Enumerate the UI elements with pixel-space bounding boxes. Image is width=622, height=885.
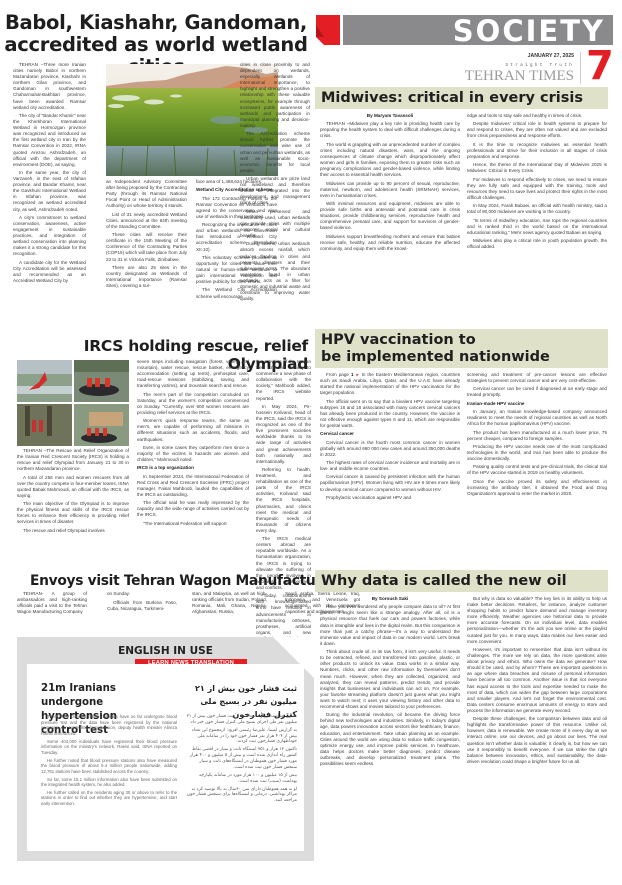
data-oil-headline: Why data is called the new oil	[321, 573, 602, 590]
paragraph: edge and tools to stay safe and healthy …	[467, 113, 607, 119]
paragraph: The main objective of the Olympiad is to…	[17, 501, 129, 525]
masthead-divider	[580, 52, 581, 84]
paragraph: Despite these challenges, the comparison…	[467, 716, 607, 765]
page-number: 7	[586, 44, 614, 88]
paragraph: Passing quality control tests and pre-cl…	[467, 464, 607, 476]
paragraph: In September 2024, the International Fed…	[137, 474, 249, 498]
paragraph: In the same year, the city of Varzaneh, …	[13, 170, 86, 213]
paragraph: He further called on the residents aging…	[41, 790, 177, 807]
envoys-col3: stan, and Malaysia, as well as high-rank…	[192, 591, 267, 618]
from-page-number[interactable]: 1	[351, 372, 354, 377]
section-masthead: SOCIETY JANUARY 27, 2025 Straight Truth …	[312, 14, 622, 84]
paragraph: Midwives also play a critical role in yo…	[467, 238, 607, 250]
paragraph: The city of "Bandar Khamir" near the Kho…	[13, 113, 86, 168]
envoys-headline: Envoys visit Tehran Wagon Manufacturing …	[30, 573, 320, 589]
english-in-use-box: ENGLISH IN USE LEARN NEWS TRANSLATION 21…	[17, 637, 314, 861]
paragraph: Think about crude oil. In its raw form, …	[320, 649, 460, 710]
wetland-col2: an Independent Advisory Committee after …	[106, 179, 187, 291]
paragraph: Cervical cancer is the fourth most commo…	[320, 440, 460, 458]
paragraph: But why is data so valuable? The key lie…	[467, 596, 607, 645]
paragraph: screening and treatment of pre-cancer le…	[467, 372, 607, 384]
paragraph: TEHRAN- A group of ambassadors and high-…	[17, 591, 87, 615]
paragraph: In May 2024, Pir-hossein Kolivand, head …	[256, 404, 311, 465]
red-corner-mark	[316, 15, 340, 45]
paragraph: When preserved and sustainably used, urb…	[240, 209, 310, 239]
english-body: TEHRAN – Over 21 million Iranians have s…	[41, 714, 177, 809]
paragraph: Hence, the theme of the International Da…	[467, 162, 607, 174]
paragraph: Cervical cancer can be cured if diagnose…	[467, 386, 607, 398]
paragraph: بیش از ۱۵ میلیون و ۱۰۰ هزار مورد در ساما…	[185, 773, 297, 785]
paragraph: It is the time to recognize midwives as …	[467, 142, 607, 160]
envoys-col2: on Sunday. Officials from Burkina Faso, …	[107, 591, 177, 614]
paragraph: the activities of the Iranian Red Cresce…	[256, 359, 311, 402]
data-oil-col1: By Soroush Saki Have you ever wondered w…	[320, 596, 460, 769]
paragraph: So far, some 15.1 million information al…	[41, 777, 177, 788]
paragraph: A candidate city for the Wetland City Ac…	[13, 260, 86, 284]
paragraph: TEHRAN –The Rescue and Relief Organizati…	[17, 448, 129, 472]
paragraph: به گزارش ایسنا، علیرضا رئیسی افزود: ازمج…	[185, 728, 297, 745]
paragraph: During storms, urban wetlands absorb exc…	[240, 241, 310, 302]
paragraph: From page 1 ► In the Eastern Mediterrane…	[320, 372, 460, 396]
midwives-headline-box: Midwives: critical in every crisis	[315, 87, 608, 109]
hpv-headline-line1: HPV vaccination to	[321, 332, 602, 349]
wetland-col4-body: cities in close proximity to and depende…	[240, 62, 310, 305]
paragraph: Referring to health, treatment, and reha…	[256, 467, 311, 534]
data-oil-headline-box: Why data is called the new oil	[315, 570, 608, 592]
paragraph: Once the vaccine proved its safety and e…	[467, 479, 607, 497]
translation-card: 21m Iranians undergone hypertension cont…	[27, 664, 304, 851]
paragraph: A total of 256 men and women rescuers fr…	[17, 475, 129, 499]
paragraph: TEHRAN –Three more Iranian cities namely…	[13, 62, 86, 111]
paragraph: Cervical cancer is caused by persistent …	[320, 474, 460, 492]
paragraph: He further noted that blood pressure sta…	[41, 758, 177, 775]
paragraph: The men's part of the competition conclu…	[137, 392, 249, 416]
hpv-headline-line2: be implemented nationwide	[321, 349, 602, 366]
paragraph: The Accreditation scheme should further …	[240, 131, 310, 174]
paragraph: The rescue and relief Olympiad involves	[17, 528, 129, 534]
paragraph: TEHRAN –Midwives play a key role in prov…	[320, 121, 460, 139]
paragraph: Have you ever wondered why people compar…	[320, 604, 460, 647]
midwives-col1: By Maryam Tavassoli TEHRAN –Midwives pla…	[320, 113, 460, 254]
hpv-col2: screening and treatment of pre-cancer le…	[467, 372, 607, 499]
paragraph: "In terms of midwifery education, Iran t…	[467, 218, 607, 236]
paragraph: Women's quick response teams, the same a…	[137, 418, 249, 442]
paragraph: Officials from Burkina Faso, Cuba, Nicar…	[107, 600, 177, 612]
paragraph: List of 31 newly accredited Wetland Citi…	[106, 212, 187, 230]
paragraph: stan, and Malaysia, as well as high-rank…	[192, 591, 267, 615]
paragraph: A city's commitment to wetland conservat…	[13, 215, 86, 258]
paragraph: The world is grappling with an unprecede…	[320, 142, 460, 179]
paragraph: seven steps including navigation (forest…	[137, 359, 249, 389]
paper-name: TEHRAN TIMES	[412, 68, 574, 85]
from-page-label: From page	[326, 372, 349, 377]
paragraph: Midwives can provide up to 90 percent of…	[320, 181, 460, 199]
wetland-col1: TEHRAN –Three more Iranian cities namely…	[13, 62, 86, 286]
hpv-col1: From page 1 ► In the Eastern Mediterrane…	[320, 372, 460, 503]
headline-line: Babol, Kiashahr, Gandoman,	[0, 12, 312, 34]
ircs-photo-collage	[17, 360, 129, 446]
ircs-col1: TEHRAN –The Rescue and Relief Organizati…	[17, 448, 129, 536]
issue-date: JANUARY 27, 2025	[454, 53, 574, 59]
paragraph: The official said he was really impresse…	[137, 500, 249, 518]
envoys-col1: TEHRAN- A group of ambassadors and high-…	[17, 591, 87, 618]
ircs-col2: seven steps including navigation (forest…	[137, 359, 249, 529]
persian-body: معاون بهداشت وزارت بهداشت از ثبت فشار خو…	[185, 714, 297, 806]
paragraph: However, it's important to remember that…	[467, 647, 607, 714]
section-band: SOCIETY	[343, 15, 613, 45]
paragraph: Urban wetlands are prize land not wastel…	[240, 176, 310, 206]
paragraph: او به همه هموطنان دارای سن ۳۰سال به بالا…	[185, 787, 297, 804]
paragraph: During the industrial revolution, oil be…	[320, 712, 460, 767]
paragraph: Some 404,000 individuals have registered…	[41, 739, 177, 756]
byline: By Soroush Saki	[320, 596, 460, 602]
byline: By Maryam Tavassoli	[320, 113, 460, 119]
paragraph: In January, an Iranian knowledge-based c…	[467, 409, 607, 427]
paragraph: In May 2024, Farah Babaei, an official w…	[467, 203, 607, 215]
paragraph: cities in close proximity to and depende…	[240, 62, 310, 129]
paragraph: The official went on to say that a bival…	[320, 399, 460, 429]
midwives-headline: Midwives: critical in every crisis	[321, 90, 602, 107]
subheading: IRCS is a top organization	[137, 465, 249, 471]
paragraph: There are also 25 sites in the country d…	[106, 265, 187, 289]
section-title: SOCIETY	[453, 14, 605, 48]
paragraph: Producing the HPV vaccine needs one of t…	[467, 444, 607, 462]
subheading: Iranian-made HPV vaccine	[467, 401, 607, 407]
paragraph: "The International Federation will suppo…	[137, 521, 249, 527]
paragraph: an Independent Advisory Committee after …	[106, 179, 187, 209]
paragraph: The product has been manufactured at a m…	[467, 430, 607, 442]
paragraph: Despite midwives' critical role in healt…	[467, 121, 607, 139]
english-in-use-title: ENGLISH IN USE	[17, 645, 314, 657]
hpv-headline-box: HPV vaccination to be implemented nation…	[315, 329, 608, 368]
arrow-right-icon: ►	[356, 372, 360, 377]
paragraph: TEHRAN – Over 21 million Iranians have s…	[41, 714, 177, 736]
subheading: Cervical cancer	[320, 431, 460, 437]
paragraph: For midwives to respond effectively to c…	[467, 177, 607, 201]
paragraph: تاکنون ۱۲ هزار و ۷۵۱ ایستگاه ثابت و سیار…	[185, 747, 297, 770]
paragraph: Even, in some cases they outperform men …	[137, 445, 249, 463]
data-oil-col2: But why is data so valuable? The key lie…	[467, 596, 607, 767]
paragraph: Midwives support breastfeeding mothers a…	[320, 234, 460, 252]
paragraph: Prophylactic vaccination against HPV and	[320, 495, 460, 501]
paragraph: on Sunday.	[107, 591, 177, 597]
midwives-col2: edge and tools to stay safe and healthy …	[467, 113, 607, 252]
paragraph: The highest rates of cervical cancer inc…	[320, 460, 460, 472]
paragraph: With minimal resources and equipment, mi…	[320, 201, 460, 231]
paragraph: These cities will receive their certific…	[106, 232, 187, 262]
paragraph: معاون بهداشت وزارت بهداشت از ثبت فشار خو…	[185, 714, 297, 726]
